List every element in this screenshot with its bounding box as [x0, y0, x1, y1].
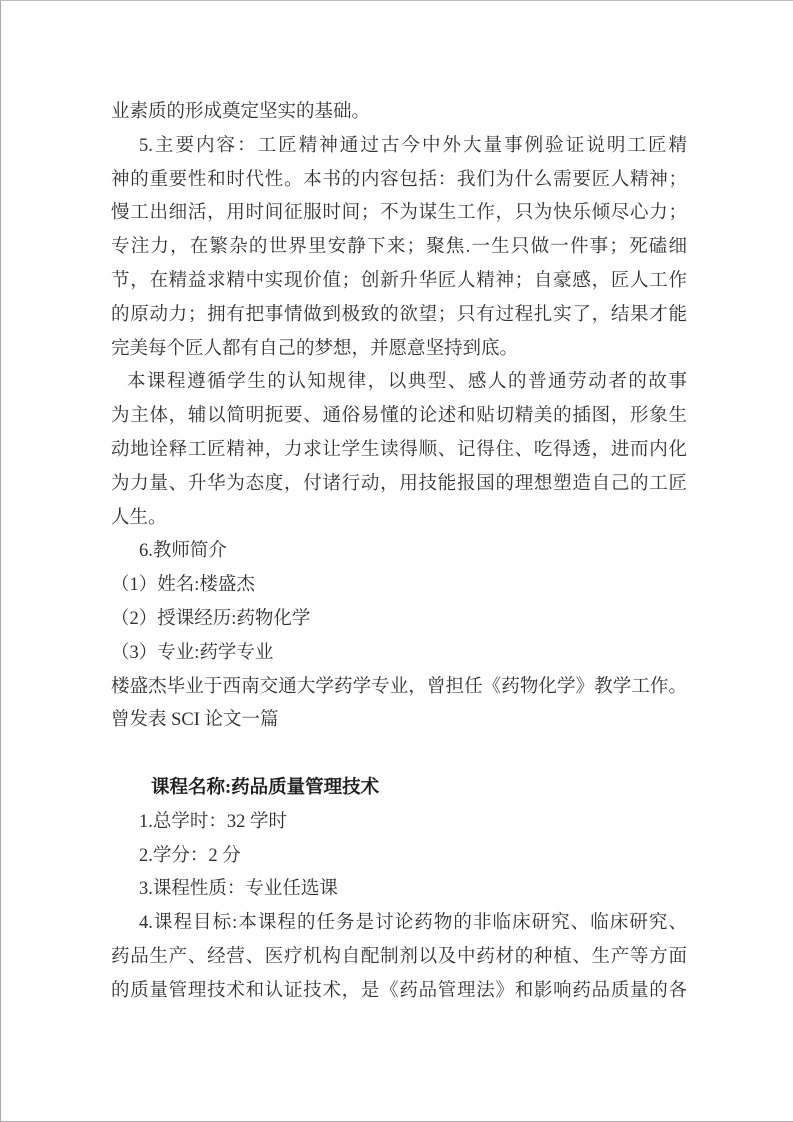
text-line: （1）姓名:楼盛杰	[111, 569, 687, 603]
text-line: 楼盛杰毕业于西南交通大学药学专业，曾担任《药物化学》教学工作。	[111, 671, 687, 705]
text-line: 5.主要内容：工匠精神通过古今中外大量事例验证说明工匠精	[111, 130, 687, 164]
text-line: 药品生产、经营、医疗机构自配制剂以及中药材的种植、生产等方面	[111, 941, 687, 975]
text-line: 1.总学时：32 学时	[111, 806, 687, 840]
text-line: 3.课程性质：专业任选课	[111, 873, 687, 907]
text-line: 业素质的形成奠定坚实的基础。	[111, 96, 687, 130]
text-line: 动地诠释工匠精神，力求让学生读得顺、记得住、吃得透，进而内化	[111, 434, 687, 468]
text-line: 6.教师简介	[111, 535, 687, 569]
text-line: 人生。	[111, 502, 687, 536]
text-line: 为主体，辅以简明扼要、通俗易懂的论述和贴切精美的插图，形象生	[111, 400, 687, 434]
text-line: 节，在精益求精中实现价值；创新升华匠人精神；自豪感，匠人工作	[111, 265, 687, 299]
text-line: （2）授课经历:药物化学	[111, 603, 687, 637]
text-line: 专注力，在繁杂的世界里安静下来；聚焦.一生只做一件事；死磕细	[111, 231, 687, 265]
text-line: 本课程遵循学生的认知规律，以典型、感人的普通劳动者的故事	[111, 366, 687, 400]
course-title-line: 课程名称:药品质量管理技术	[111, 772, 687, 806]
text-line: 4.课程目标:本课程的任务是讨论药物的非临床研究、临床研究、	[111, 907, 687, 941]
text-line: 2.学分：2 分	[111, 840, 687, 874]
document-page: 业素质的形成奠定坚实的基础。5.主要内容：工匠精神通过古今中外大量事例验证说明工…	[0, 0, 793, 1122]
text-line: 慢工出细活，用时间征服时间；不为谋生工作，只为快乐倾尽心力；	[111, 197, 687, 231]
text-line: 的质量管理技术和认证技术，是《药品管理法》和影响药品质量的各	[111, 975, 687, 1009]
text-line: 为力量、升华为态度，付诸行动，用技能报国的理想塑造自己的工匠	[111, 468, 687, 502]
text-block: 业素质的形成奠定坚实的基础。5.主要内容：工匠精神通过古今中外大量事例验证说明工…	[1, 1, 793, 1009]
text-line: 的原动力；拥有把事情做到极致的欲望；只有过程扎实了，结果才能	[111, 299, 687, 333]
text-line: 完美每个匠人都有自己的梦想，并愿意坚持到底。	[111, 333, 687, 367]
text-line: 曾发表 SCI 论文一篇	[111, 704, 687, 738]
text-line: 神的重要性和时代性。本书的内容包括：我们为什么需要匠人精神；	[111, 164, 687, 198]
text-line: （3）专业:药学专业	[111, 637, 687, 671]
blank-line	[111, 738, 687, 772]
